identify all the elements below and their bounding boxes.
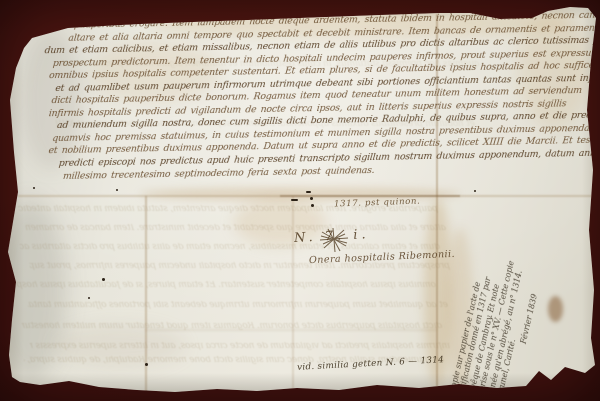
ink-speck: [145, 363, 148, 366]
ink-speck: [116, 189, 118, 191]
ink-speck: [291, 199, 298, 201]
bleedthrough-line: infirmis hospitalis predicti ad vigiland…: [30, 342, 451, 351]
manuscript-photo: pauperibus erogare. Item lampadem nocte …: [0, 0, 600, 401]
ink-speck: [311, 204, 314, 207]
bleedthrough-line: prospectum predictorum. Item tenentur in…: [30, 262, 451, 271]
ink-speck: [33, 187, 35, 189]
bleedthrough-line: omnibus ipsius hospitalis competenter su…: [16, 281, 437, 290]
ink-speck: [474, 190, 476, 192]
bleedthrough-line: altare et alia altaria omni tempore quo …: [26, 224, 447, 233]
ink-blotch: [548, 296, 563, 322]
bleedthrough-line: dum et etiam calicibus, et etiam missali…: [20, 243, 441, 252]
paper-sheet: pauperibus erogare. Item lampadem nocte …: [0, 0, 600, 401]
ink-speck: [306, 191, 311, 193]
ink-speck: [102, 278, 105, 281]
ink-speck: [88, 297, 90, 299]
ink-scribble: [316, 226, 352, 254]
fold-crease-vertical-middle: [292, 196, 294, 390]
manuscript-text-block: pauperibus erogare. Item lampadem nocte …: [0, 0, 600, 201]
fold-crease-horizontal-dark-segment: [280, 195, 460, 197]
fold-crease-horizontal-faint: [145, 329, 437, 331]
bleedthrough-line: et ad quamlibet usum pauperum infirmorum…: [28, 301, 449, 310]
ink-speck: [310, 197, 313, 200]
